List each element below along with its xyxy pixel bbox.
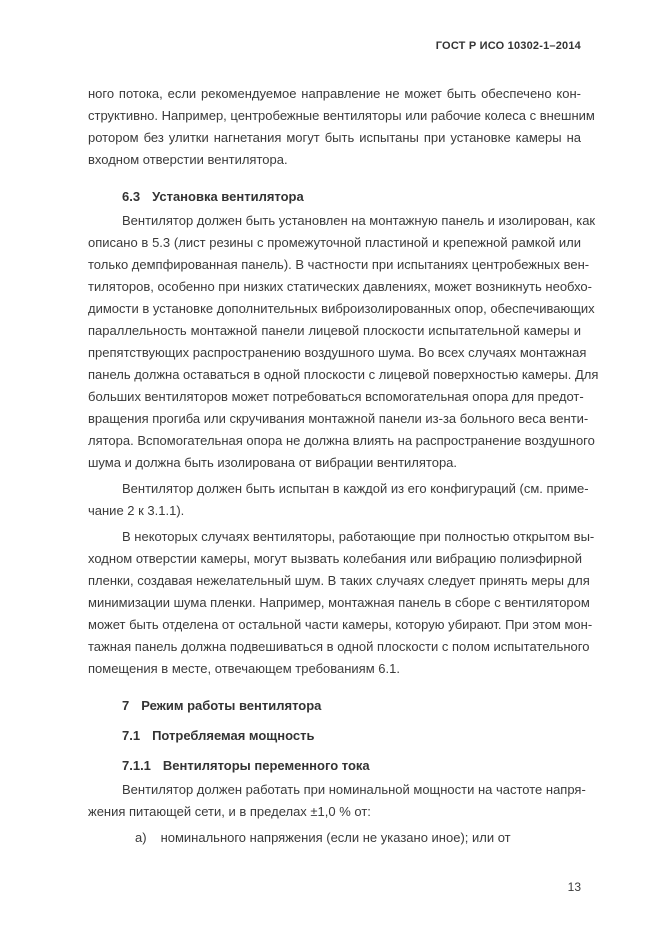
paragraph-line: только демпфированная панель). В частнос… [88, 254, 581, 276]
paragraph-line: минимизации шума пленки. Например, монта… [88, 592, 581, 614]
paragraph: В некоторых случаях вентиляторы, работаю… [88, 526, 581, 680]
paragraph-line: чание 2 к 3.1.1). [88, 500, 581, 522]
list-item-marker: а) [135, 830, 147, 845]
section-title: Вентиляторы переменного тока [163, 758, 370, 773]
paragraph-line: описано в 5.3 (лист резины с промежуточн… [88, 232, 581, 254]
paragraph-line: ного потока, если рекомендуемое направле… [88, 83, 581, 105]
section-number: 6.3 [122, 189, 140, 204]
paragraph: Вентилятор должен быть установлен на мон… [88, 210, 581, 474]
section-number: 7.1 [122, 728, 140, 743]
paragraph-line: больших вентиляторов может потребоваться… [88, 386, 581, 408]
section-number: 7.1.1 [122, 758, 151, 773]
paragraph-line: может быть отделена от остальной части к… [88, 614, 581, 636]
paragraph-line: панель должна оставаться в одной плоскос… [88, 364, 581, 386]
document-body: ного потока, если рекомендуемое направле… [88, 83, 581, 849]
paragraph-line: В некоторых случаях вентиляторы, работаю… [88, 526, 581, 548]
section-title: Установка вентилятора [152, 189, 304, 204]
paragraph-line: вращения прогиба или скручивания монтажн… [88, 408, 581, 430]
paragraph-line: Вентилятор должен работать при номинальн… [88, 779, 581, 801]
paragraph-line: лятора. Вспомогательная опора не должна … [88, 430, 581, 452]
paragraph-line: тажная панель должна подвешиваться в одн… [88, 636, 581, 658]
list-item-text: номинального напряжения (если не указано… [161, 830, 511, 845]
paragraph: ного потока, если рекомендуемое направле… [88, 83, 581, 171]
section-number: 7 [122, 698, 129, 713]
paragraph-line: структивно. Например, центробежные венти… [88, 105, 581, 127]
paragraph-line: димости в установке дополнительных вибро… [88, 298, 581, 320]
paragraph-line: помещения в месте, отвечающем требования… [88, 658, 581, 680]
section-heading: 7.1Потребляемая мощность [88, 725, 581, 747]
paragraph-line: шума и должна быть изолирована от вибрац… [88, 452, 581, 474]
paragraph-line: входном отверстии вентилятора. [88, 149, 581, 171]
page-number: 13 [568, 880, 581, 894]
document-page: ГОСТ Р ИСО 10302-1–2014 ного потока, есл… [0, 0, 661, 936]
paragraph-line: ротором без улитки нагнетания могут быть… [88, 127, 581, 149]
paragraph-line: жения питающей сети, и в пределах ±1,0 %… [88, 801, 581, 823]
list-item: а)номинального напряжения (если не указа… [88, 827, 581, 849]
paragraph-line: Вентилятор должен быть испытан в каждой … [88, 478, 581, 500]
section-heading: 7.1.1Вентиляторы переменного тока [88, 755, 581, 777]
paragraph-line: пленки, создавая нежелательный шум. В та… [88, 570, 581, 592]
section-heading: 6.3Установка вентилятора [88, 186, 581, 208]
paragraph-line: параллельность монтажной панели лицевой … [88, 320, 581, 342]
document-header-designation: ГОСТ Р ИСО 10302-1–2014 [88, 40, 581, 52]
section-title: Потребляемая мощность [152, 728, 314, 743]
paragraph-line: ходном отверстии камеры, могут вызвать к… [88, 548, 581, 570]
section-title: Режим работы вентилятора [141, 698, 321, 713]
paragraph: Вентилятор должен быть испытан в каждой … [88, 478, 581, 522]
paragraph-line: Вентилятор должен быть установлен на мон… [88, 210, 581, 232]
section-heading: 7Режим работы вентилятора [88, 695, 581, 717]
paragraph-line: препятствующих распространению воздушног… [88, 342, 581, 364]
paragraph-line: тиляторов, особенно при низких статическ… [88, 276, 581, 298]
paragraph: Вентилятор должен работать при номинальн… [88, 779, 581, 823]
